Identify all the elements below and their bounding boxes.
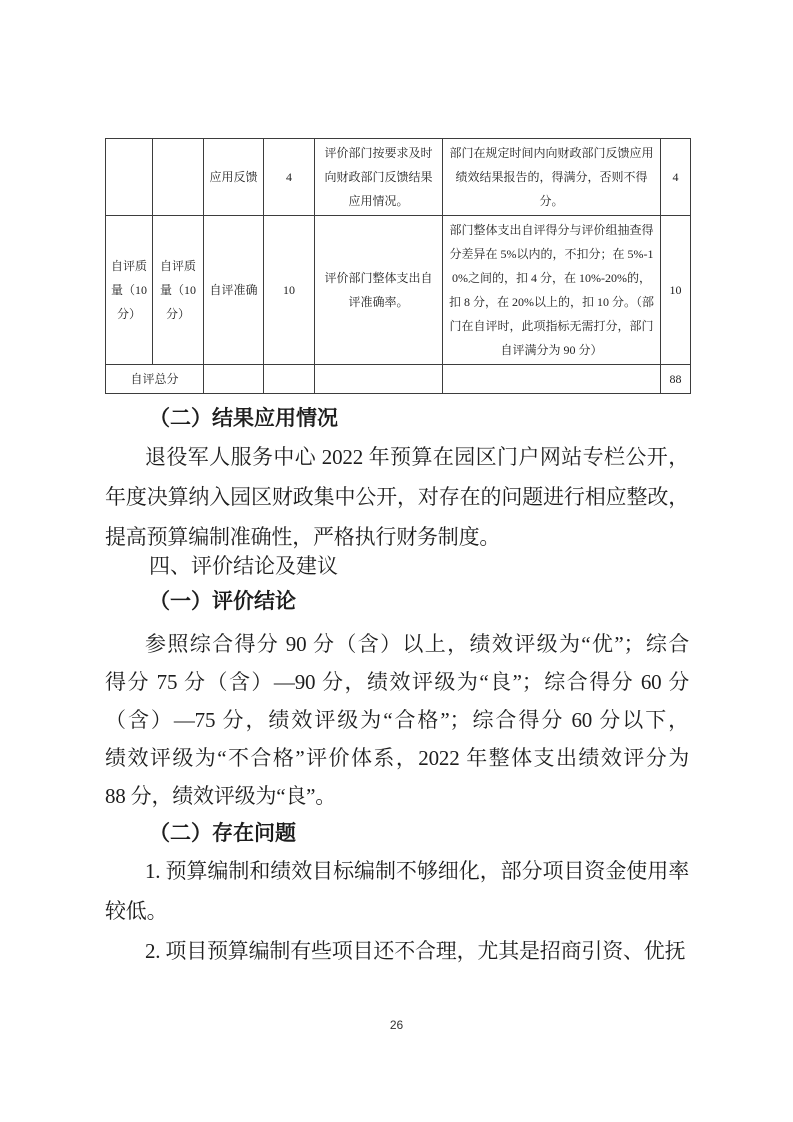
text-line: 88 分，绩效评级为“良”。 <box>105 777 689 815</box>
table-cell-total-label: 自评总分 <box>106 365 204 394</box>
text-line: 年度决算纳入园区财政集中公开，对存在的问题进行相应整改， <box>105 477 689 517</box>
table-cell-indicator: 应用反馈 <box>204 139 264 216</box>
section-heading-conclusion: （一）评价结论 <box>105 583 689 619</box>
table-cell <box>264 365 315 394</box>
table-cell-category: 自评质量（10分） <box>106 216 153 365</box>
text-line: 参照综合得分 90 分（含）以上，绩效评级为“优”；综合 <box>105 625 689 663</box>
text-line: （含）—75 分，绩效评级为“合格”；综合得分 60 分以下， <box>105 701 689 739</box>
section-heading-result-application: （二）结果应用情况 <box>105 399 689 437</box>
text-line: 得分 75 分（含）—90 分，绩效评级为“良”；综合得分 60 分 <box>105 663 689 701</box>
paragraph-conclusion: 参照综合得分 90 分（含）以上，绩效评级为“优”；综合 得分 75 分（含）—… <box>105 625 689 815</box>
table-cell-subcategory: 自评质量（10分） <box>153 216 204 365</box>
table-cell <box>315 365 443 394</box>
paragraph-problem-1: 1. 预算编制和绩效目标编制不够细化，部分项目资金使用率 较低。 <box>105 851 689 931</box>
paragraph-result-application: 退役军人服务中心 2022 年预算在园区门户网站专栏公开， 年度决算纳入园区财政… <box>105 437 689 557</box>
text-line: 较低。 <box>105 891 689 931</box>
table-cell-weight: 10 <box>264 216 315 365</box>
table-cell-score: 4 <box>661 139 691 216</box>
table-cell <box>443 365 661 394</box>
table-row-total: 自评总分 88 <box>106 365 691 394</box>
table-cell-weight: 4 <box>264 139 315 216</box>
page-number: 26 <box>0 1018 793 1032</box>
table-cell-indicator: 自评准确 <box>204 216 264 365</box>
text-line: 1. 预算编制和绩效目标编制不够细化，部分项目资金使用率 <box>105 851 689 891</box>
text-line: 退役军人服务中心 2022 年预算在园区门户网站专栏公开， <box>105 437 689 477</box>
evaluation-table: 应用反馈 4 评价部门按要求及时向财政部门反馈结果应用情况。 部门在规定时间内向… <box>105 138 691 394</box>
table-cell-scoring-rule: 部门整体支出自评得分与评价组抽查得分差异在 5%以内的，不扣分；在 5%-10%… <box>443 216 661 365</box>
table-cell-score: 10 <box>661 216 691 365</box>
text-line: 绩效评级为“不合格”评价体系，2022 年整体支出绩效评分为 <box>105 739 689 777</box>
table-cell-total-score: 88 <box>661 365 691 394</box>
table-cell-criteria: 评价部门整体支出自评准确率。 <box>315 216 443 365</box>
content-area: 应用反馈 4 评价部门按要求及时向财政部门反馈结果应用情况。 部门在规定时间内向… <box>0 0 793 971</box>
table-row-feedback: 应用反馈 4 评价部门按要求及时向财政部门反馈结果应用情况。 部门在规定时间内向… <box>106 139 691 216</box>
table-cell-criteria: 评价部门按要求及时向财政部门反馈结果应用情况。 <box>315 139 443 216</box>
table-row-self-quality: 自评质量（10分） 自评质量（10分） 自评准确 10 评价部门整体支出自评准确… <box>106 216 691 365</box>
table-cell <box>153 139 204 216</box>
table-cell-scoring-rule: 部门在规定时间内向财政部门反馈应用绩效结果报告的，得满分，否则不得分。 <box>443 139 661 216</box>
table-cell <box>204 365 264 394</box>
section-heading-problems: （二）存在问题 <box>105 815 689 851</box>
paragraph-problem-2: 2. 项目预算编制有些项目还不合理，尤其是招商引资、优抚 <box>105 931 689 971</box>
text-line: 2. 项目预算编制有些项目还不合理，尤其是招商引资、优抚 <box>105 931 689 971</box>
table-cell <box>106 139 153 216</box>
document-page: 应用反馈 4 评价部门按要求及时向财政部门反馈结果应用情况。 部门在规定时间内向… <box>0 0 793 1122</box>
